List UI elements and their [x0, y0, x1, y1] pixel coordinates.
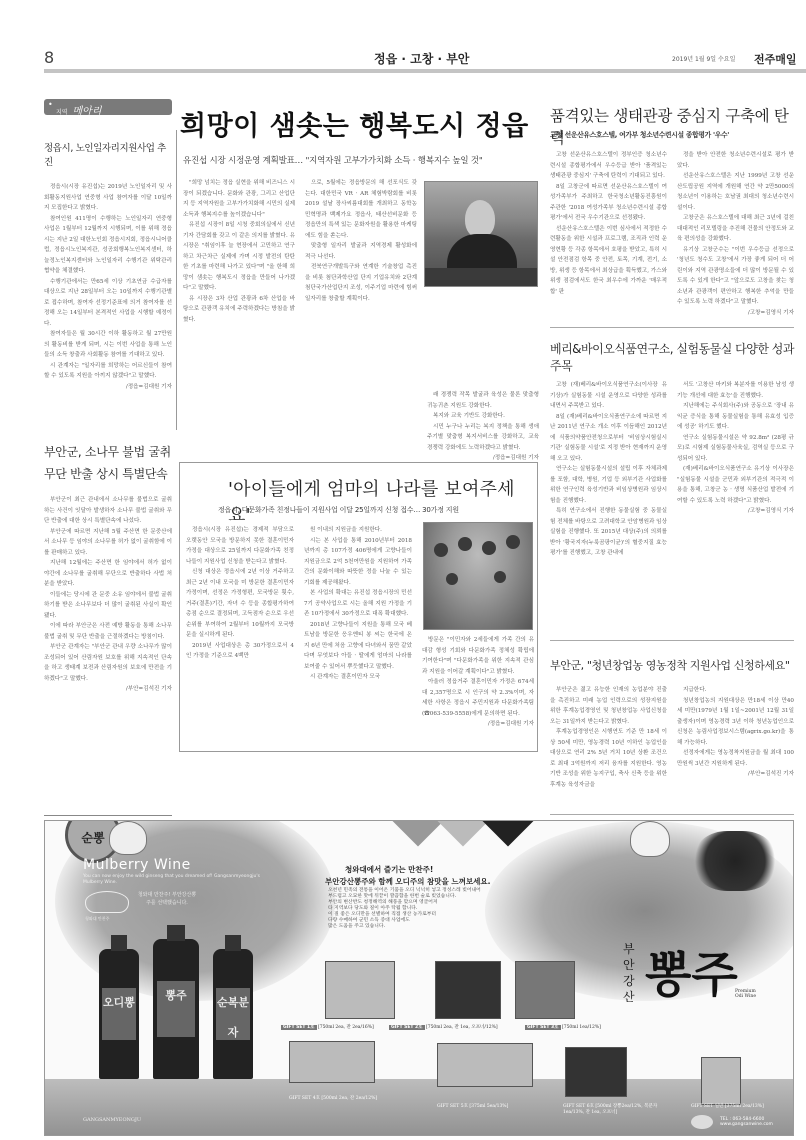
gift-set-label: GIFT SET 4호 [500ml 2ea, 잔 2ea/12%] — [289, 1095, 377, 1101]
boxed-article: '아이들에게 엄마의 나라를 보여주세요' 정읍시, 다문화가족 친정나들이 지… — [179, 462, 538, 752]
right-article-3-body: 부안군은 젊고 유능한 인재의 농업분야 진출을 촉진하고 미래 농업 인력으로… — [550, 685, 794, 790]
paragraph: 래 경쟁력 작목 발굴과 육성은 물론 맞춤형 귀농귀촌 지원도 강화한다. — [427, 390, 539, 411]
gift-set-image — [437, 1043, 533, 1087]
photo-desk — [425, 268, 538, 287]
paragraph: 신청 대상은 정읍시에 2년 이상 거주하고 최근 2년 이내 모국을 미 방문… — [186, 567, 294, 641]
article-column: 정읍시(시장 유진섭)는 경제적 부담으로 오랫동안 모국을 방문하지 못한 결… — [186, 525, 294, 662]
gift-set-image — [289, 1041, 375, 1083]
mascot-icon — [109, 821, 147, 855]
emblem-caption: 청와대 만찬주 — [85, 916, 109, 922]
paragraph: 연구소는 실험동물시설의 설립 이후 자체과제를 포함, 대학, 병원, 기업 … — [550, 464, 667, 506]
paragraph: 2018년 고향나들이 지원을 통해 모국 베트남을 방문한 응우옌티 봉 씨는… — [304, 620, 412, 673]
paragraph: "희망 넘치는 정읍 실현을 위해 비즈니스 시장이 되겠습니다. 문화와 관광… — [183, 178, 295, 220]
column-rule — [176, 130, 177, 430]
article-column: 원 이내의 지원금을 지원한다. 시는 본 사업을 통해 2010년부터 201… — [304, 525, 412, 683]
contact-info: TEL : 063-584-6600 www.gangsanwine.com — [720, 1117, 773, 1127]
paragraph: 유 시장은 3차 산업 관광과 6차 산업을 바탕으로 관광객 유치에 주력하겠… — [183, 294, 295, 326]
brand-name-large: 뽕주 — [645, 936, 738, 1005]
article-body: 정읍시(시장 유진섭)는 2019년 노인일자리 및 사회활동지원사업 연중형 … — [44, 182, 172, 392]
paragraph: 본 사업의 확대는 유진섭 정읍시장의 민선7기 공약사업으로 시는 올해 지원… — [304, 588, 412, 620]
paragraph: 원 이내의 지원금을 지원한다. — [304, 525, 412, 536]
photo-figure — [465, 200, 495, 238]
paragraph: 정을 받아 안전한 청소년수련시설로 평가 받았다. — [677, 150, 794, 171]
article-column: 부안군은 젊고 유능한 인재의 농업분야 진출을 촉진하고 미래 농업 인력으로… — [550, 685, 667, 790]
wine-bottle: 뽕주 — [153, 939, 199, 1079]
right-article-2-body: 고창 (재)베리&바이오식품연구소(이사장 유기상)가 실험동물 시설 운영으로… — [550, 380, 794, 559]
masthead-rule — [44, 69, 806, 73]
paragraph: 8일 고창군에 따르면 선운산유스호스텔이 여성가족부가 주최하고 한국청소년활… — [550, 182, 667, 224]
paragraph: 후계농업경영인은 시행연도 기준 만 18세 이상 50세 미만, 영농경력 1… — [550, 727, 667, 790]
right-article-3-headline[interactable]: 부안군, "청년창업농 영농정착 지원사업 신청하세요" — [550, 657, 794, 673]
bottle-neck — [111, 935, 127, 951]
paragraph: 특히 연구소에서 진행한 동물실험 중 동물실험 전체를 바탕으로 고려대학교 … — [550, 506, 667, 559]
article-column: 서도 '고창산 마키와 복분자를 이용한 남성 생기능 개선에 대한 효능'을 … — [677, 380, 794, 559]
gift-diamond — [393, 820, 444, 846]
paragraph: 부안군은 젊고 유능한 인재의 농업분야 진출을 촉진하고 미래 농업 인력으로… — [550, 685, 667, 727]
bottle-label: 순복분자 — [216, 988, 250, 1040]
paragraph: 맞춤형 일자리 발굴과 지역경제 활성화에 적극 나선다. — [305, 241, 417, 262]
article-column: 지급한다. 청년창업농의 지원대상은 만18세 이상 만40세 미만(1979년… — [677, 685, 794, 790]
article-column: 래 경쟁력 작목 발굴과 육성은 물론 맞춤형 귀농귀촌 지원도 강화한다. 복… — [427, 390, 539, 464]
paragraph: 정읍시(시장 유진섭)는 2019년 노인일자리 및 사회활동지원사업 연중형 … — [44, 182, 172, 214]
photo-figure — [506, 535, 520, 549]
paragraph: 이에 따라 부안군은 사전 예방 활동을 통해 소나무 불법 굴취 및 무단 반… — [44, 621, 172, 642]
article-column: 정을 받아 안전한 청소년수련시설로 평가 받았다. 선운산유스호스텔은 지난 … — [677, 150, 794, 318]
wine-bottle: 오디뽕 — [99, 949, 139, 1079]
photo-figure — [434, 543, 448, 557]
bluehouse-text: 청와대 만찬주! 부안강산뽕주를 선택했습니다. — [137, 891, 197, 907]
mayor-photo — [424, 181, 538, 287]
paragraph: 방문은 "이민자와 2세들에게 가족 간의 유대감 형성 기회와 다문화가족 정… — [422, 635, 534, 677]
paragraph: 시 관계자는 "일자리를 희망하는 어르신들이 참여할 수 있도록 지원을 아끼… — [44, 361, 172, 382]
paragraph: 고창군은 유스호스텔에 대해 최근 3년에 걸친 대대적인 리모델링을 추진해 … — [677, 213, 794, 245]
mulberry-wine-advertisement[interactable]: 순뽕 Mulberry Wine You can now enjoy the w… — [44, 820, 794, 1136]
article-column: 방문은 "이민자와 2세들에게 가족 간의 유대감 형성 기회와 다문화가족 정… — [422, 635, 534, 730]
paragraph: 참여인원 411명이 수행하는 노인일자리 연중형 사업은 1월부터 12월까지… — [44, 214, 172, 277]
paragraph: 수행기관에서는 만65세 이상 기초연금 수급자를 대상으로 지난 28일부터 … — [44, 277, 172, 330]
gift-set-image — [565, 1047, 627, 1097]
column-divider — [44, 815, 172, 816]
gift-set-image — [325, 961, 395, 1019]
paragraph: 지난해 12월에는 주산면 한 임야에서 허가 없이 야간에 소나무를 굴취해 … — [44, 558, 172, 590]
article-divider — [550, 640, 794, 641]
article-column: 으로, 5월에는 정읍방문의 해 선포식도 갖는다. 대한민국 VR · AR … — [305, 178, 417, 304]
article-headline[interactable]: 정읍시, 노인일자리지원사업 추진 — [44, 140, 172, 168]
paragraph: 2019년 사업대상은 총 30가정으로서 4인 가정을 기준으로 4백만 — [186, 641, 294, 662]
paragraph: (재)베리&바이오식품연구소 유기상 이사장은 "실험동물 시설을 군민과 외부… — [677, 464, 794, 506]
paragraph: 8일 (재)베리&바이오식품연구소에 따르면 지난 2011년 연구소 개소 이… — [550, 412, 667, 465]
gift-set-label: GIFT SET 2호 [750ml 2ea, 잔 1ea, 오프너/12%] — [389, 1024, 498, 1030]
bottle-label: 뽕주 — [157, 981, 196, 1037]
byline: /정읍=김대원 기자 — [422, 719, 534, 730]
paragraph: 부안군 관계자는 "부안군 관내 우량 소나무가 많이 조성되어 있어 산림자원… — [44, 642, 172, 684]
wine-bottle: 순복분자 — [213, 949, 253, 1079]
right-article-1-body: 고창 선운산유스호스텔이 정부인증 청소년수련시설 종합평가에서 우수등급 받아… — [550, 150, 794, 318]
paper-name: 전주매일 — [754, 51, 797, 67]
paragraph: 시 관계자는 결혼이민자 모국 — [304, 672, 412, 683]
gift-set-image — [515, 961, 575, 1019]
paragraph: 고창 선운산유스호스텔이 정부인증 청소년수련시설 종합평가에서 우수등급 받아… — [550, 150, 667, 182]
ad-ground-strip — [45, 1079, 794, 1136]
headline-line: 부안군, 소나무 불법 굴취 — [44, 441, 172, 463]
gift-set-label: GIFT SET 5호 [375ml 5ea/13%] — [437, 1103, 508, 1109]
company-logo-icon — [691, 1115, 713, 1129]
headline-line: 무단 반출 상시 특별단속 — [44, 463, 172, 485]
paragraph: 전북연구개발특구와 연계한 기술창업 촉진을 비롯 첨단과학산업 단지 기업유치… — [305, 262, 417, 304]
family-photo — [423, 522, 533, 630]
article-column: "희망 넘치는 정읍 실현을 위해 비즈니스 시장이 되겠습니다. 문화와 관광… — [183, 178, 295, 325]
paragraph: 부안군이 최근 관내에서 소나무를 불법으로 굴취하는 사건이 잇달아 발생하자… — [44, 495, 172, 527]
column-1-article-2: 부안군, 소나무 불법 굴취 무단 반출 상시 특별단속 부안군이 최근 관내에… — [44, 441, 172, 695]
paragraph: 고창 (재)베리&바이오식품연구소(이사장 유기상)가 실험동물 시설 운영으로… — [550, 380, 667, 412]
photo-figure — [482, 541, 496, 555]
main-headline[interactable]: 희망이 샘솟는 행복도시 정읍 — [180, 104, 529, 143]
paragraph: 유진섭 시장이 8일 시청 중회의실에서 신년 기자 간담회를 갖고 이 같은 … — [183, 220, 295, 294]
paragraph: 선운산유스호스텔은 이번 심사에서 적정한 수련활동을 위한 시설과 프로그램,… — [550, 224, 667, 298]
bluehouse-emblem-icon — [85, 891, 129, 913]
publication-date: 2019년 1월 9일 수요일 — [672, 54, 735, 63]
bottle-neck — [167, 925, 185, 941]
ad-body: 오천년 민족의 전통을 이어온 기품을 오디 넉넉히 넣고 정성스레 빚어내어 … — [328, 888, 568, 930]
boxed-headline[interactable]: '아이들에게 엄마의 나라를 보여주세요' — [228, 475, 537, 527]
paragraph: 연구소 실험동물시설은 약 92.8m² (28평 규모)로 시험제 실험동물사… — [677, 433, 794, 465]
region-tag: • 지역 메아리 — [44, 99, 172, 115]
mulberry-image — [695, 831, 775, 891]
byline: /고창=김영식 기자 — [677, 308, 794, 319]
article-headline[interactable]: 부안군, 소나무 불법 굴취 무단 반출 상시 특별단속 — [44, 441, 172, 485]
main-subheadline: 유진섭 시장 시정운영 계획발표… "지역자원 고부가가치화 소득 · 행복지수… — [183, 154, 483, 166]
gift-diamond — [483, 820, 534, 846]
paragraph: 시는 본 사업을 통해 2010년부터 2018년까지 총 107가정 406명… — [304, 536, 412, 589]
paragraph: 지급한다. — [677, 685, 794, 696]
photo-figure — [446, 573, 458, 585]
gift-set-label: GIFT SET 3호 [750ml 1ea/12%] — [525, 1024, 601, 1030]
paragraph: 으로, 5월에는 정읍방문의 해 선포식도 갖는다. 대한민국 VR · AR … — [305, 178, 417, 241]
brand-footer: GANGSANMYEONGJU — [83, 1117, 141, 1123]
article-divider — [550, 814, 794, 815]
website-link[interactable]: www.gangsanwine.com — [720, 1122, 773, 1127]
paragraph: 복지와 교육 기반도 강화한다. — [427, 411, 539, 422]
gift-set-label: GIFT SET 일반 [375ml 2ea/13%] — [691, 1103, 764, 1109]
byline: /부안=김석진 기자 — [44, 684, 172, 695]
paragraph: 유기상 고창군수는 "이번 우수등급 선정으로 '청년도 청수도 고창'에서 가… — [677, 245, 794, 308]
article-body: 부안군이 최근 관내에서 소나무를 불법으로 굴취하는 사건이 잇달아 발생하자… — [44, 495, 172, 695]
brand-name-small: 부안강산 — [623, 941, 637, 1005]
paragraph: 이들에는 당시에 관 문중 소유 임야에서 불법 굴취하기를 받은 소나무보다 … — [44, 590, 172, 622]
ad-description: You can now enjoy the wild ginseng that … — [83, 874, 263, 886]
paragraph: 시민 누구나 누리는 복지 정책을 통해 생애주기별 맞춤형 복지서비스를 강화… — [427, 422, 539, 454]
ad-headline-1: 청와대에서 즐기는 만찬주! — [345, 864, 433, 875]
region-tag-title: 메아리 — [73, 106, 102, 117]
paragraph: 아울러 정읍거주 결혼이민자 가정은 674세대 2,357명으로 시 인구의 … — [422, 677, 534, 719]
premium-label: Premium Odi Wine — [735, 989, 756, 999]
paragraph: 지난해에는 주식회사(주)와 공동으로 '장내 유익균 증식을 통해 동물실험을… — [677, 401, 794, 433]
bullet-icon: • — [48, 100, 53, 109]
ad-headline-2: 부안강산뽕주와 함께 오디주의 참맛을 느껴보세요. — [325, 876, 490, 887]
paragraph: 선운산유스호스텔은 지난 1999년 고창 선운산도립공원 지역에 개원해 연간… — [677, 171, 794, 213]
photo-figure — [494, 571, 506, 583]
bottle-label: 오디뽕 — [102, 988, 136, 1040]
byline: /부안=김석진 기자 — [677, 769, 794, 780]
gift-diamond — [438, 820, 489, 846]
gift-set-label: GIFT SET 6호 [500ml 장뽕2ea/12%, 복분자1ea/13%… — [563, 1103, 673, 1115]
paragraph: 참여자들은 월 30시간 이하 활동하고 월 27만원의 활동비를 받게 되며,… — [44, 329, 172, 361]
gift-set-label: GIFT SET 1호 [750ml 2ea, 잔 2ea/16%] — [281, 1024, 374, 1030]
paragraph: 서도 '고창산 마키와 복분자를 이용한 남성 생기능 개선에 대한 효능'을 … — [677, 380, 794, 401]
right-article-2-headline[interactable]: 베리&바이오식품연구소, 실험동물실 다양한 성과 주목 — [550, 340, 794, 374]
ad-title: Mulberry Wine — [83, 857, 191, 873]
section-title: 정읍 · 고창 · 부안 — [374, 50, 469, 67]
boxed-subheadline: 정읍시, 다문화가족 친정나들이 지원사업 이달 25일까지 신청 접수… 30… — [218, 505, 459, 515]
gift-set-image — [435, 961, 501, 1019]
right-article-1-headline[interactable]: 품격있는 생태관광 중심지 구축에 탄력 — [550, 104, 794, 148]
paragraph: 선정자에게는 영농정착지원금을 월 최대 100만원씩 3년간 지원하게 된다. — [677, 748, 794, 769]
column-1: • 지역 메아리 정읍시, 노인일자리지원사업 추진 정읍시(시장 유진섭)는 … — [44, 99, 172, 392]
byline: /정읍=김대원 기자 — [44, 382, 172, 393]
bottle-neck — [225, 935, 241, 951]
byline: /고창=김영식 기자 — [677, 506, 794, 517]
mascot-icon — [630, 821, 670, 857]
article-column: 고창 (재)베리&바이오식품연구소(이사장 유기상)가 실험동물 시설 운영으로… — [550, 380, 667, 559]
gift-set-image — [701, 1057, 741, 1105]
paragraph: 정읍시(시장 유진섭)는 경제적 부담으로 오랫동안 모국을 방문하지 못한 결… — [186, 525, 294, 567]
article-column: 고창 선운산유스호스텔이 정부인증 청소년수련시설 종합평가에서 우수등급 받아… — [550, 150, 667, 318]
paragraph: 청년창업농의 지원대상은 만18세 이상 만40세 미만(1979년 1월 1일… — [677, 696, 794, 749]
page-number: 8 — [44, 48, 54, 67]
right-article-1-subheadline: 고창 선운산유스호스텔, 여가부 청소년수련시설 종합평가 '우수' — [550, 129, 794, 139]
paragraph: 부안군에 따르면 지난해 5월 주산면 한 문중산에서 소나무 등 임야의 소나… — [44, 527, 172, 559]
region-tag-prefix: 지역 — [56, 109, 68, 116]
ad-body-line: 많은 도움을 주고 있습니다. — [328, 924, 568, 930]
article-divider — [550, 327, 794, 328]
photo-figure — [458, 537, 472, 551]
